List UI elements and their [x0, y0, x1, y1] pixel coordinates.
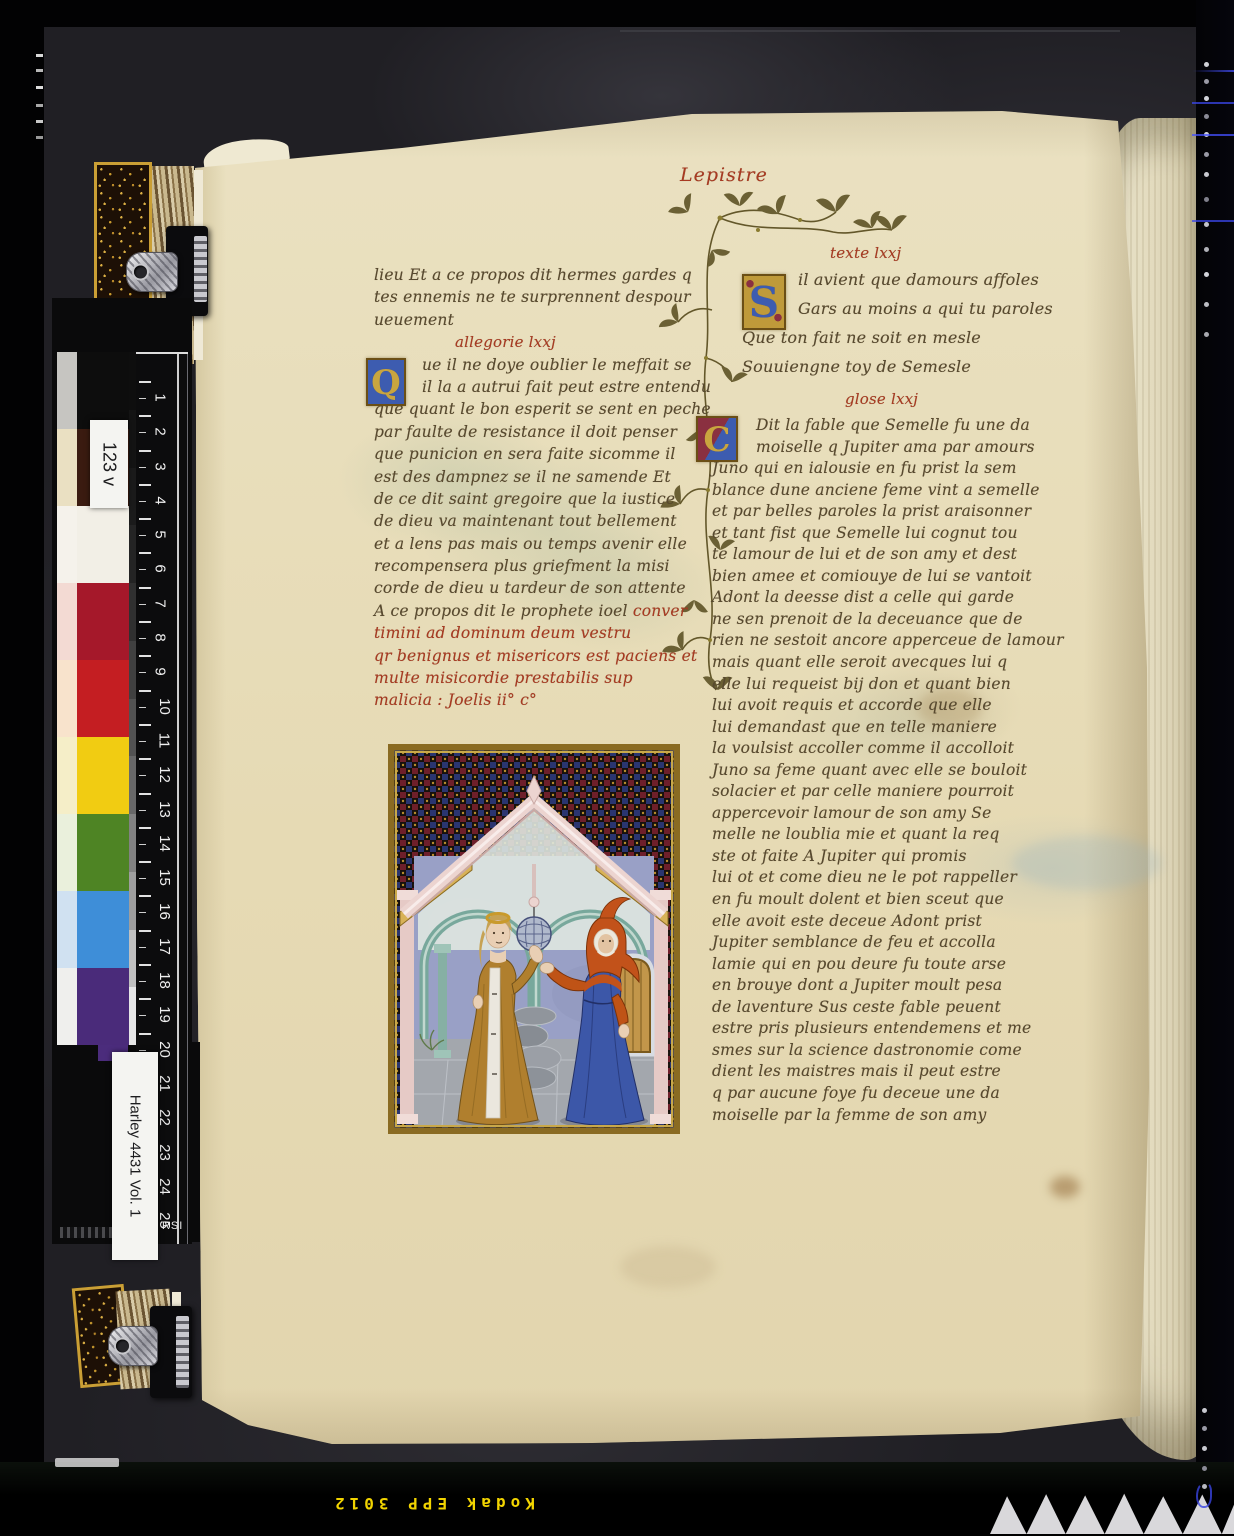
color-patch [77, 737, 129, 814]
text-line: de laventure Sus ceste fable peuent [712, 998, 1126, 1020]
text-line: par faulte de resistance il doit penser [374, 423, 710, 445]
color-patch [77, 506, 129, 583]
allegorie-lines: ue il ne doye oublier le meffait seil la… [374, 356, 710, 602]
text-line: et a lens pas mais ou temps avenir elle [374, 535, 710, 557]
text-line: moiselle q Jupiter ama par amours [712, 438, 1126, 460]
color-patch [57, 968, 77, 1045]
ruler-number: 8 [136, 622, 188, 656]
film-edge-dots-bottom-right [1202, 1408, 1207, 1413]
page-stain [1050, 1176, 1080, 1198]
miniature-painting [388, 744, 680, 1134]
text-line: estre pris plusieurs entendemens et me [712, 1019, 1126, 1041]
color-patch [57, 429, 77, 506]
color-patch [57, 814, 77, 891]
text-line: en fu moult dolent et bien sceut que [712, 890, 1126, 912]
ruler-number: 1 [136, 382, 188, 416]
text-line: bien amee et comiouye de lui se vantoit [712, 567, 1126, 589]
verse-line: Que ton fait ne soit en mesle [712, 328, 1126, 357]
ruler-number: 10 [136, 691, 188, 725]
texte-verse-section: S il avient que damours affolesGars au m… [712, 270, 1126, 386]
text-line: mais quant elle seroit avecques lui q [712, 653, 1126, 675]
ruler-number: 13 [136, 794, 188, 828]
clip-bar-top [194, 236, 207, 302]
page-stain [620, 1246, 716, 1288]
text-line: est des dampnez se il ne samende Et [374, 468, 710, 490]
film-edge-dots-top-right [1204, 62, 1209, 67]
latin-quote-line: malicia : Joelis ii° c° [374, 691, 710, 713]
page-header-rubric: Lepistre [680, 164, 768, 186]
ruler-number: 19 [136, 999, 188, 1033]
folio-number-label: 123 v [99, 442, 120, 486]
text-line: ueuement [374, 311, 710, 333]
text-line: lieu Et a ce propos dit hermes gardes q [374, 266, 710, 288]
ruler-number: 2 [136, 416, 188, 450]
text-line: elle avoit este deceue Adont prist [712, 912, 1126, 934]
text-line: recompensera plus griefment la misi [374, 557, 710, 579]
text-line: moiselle par la femme de son amy [712, 1106, 1126, 1128]
text-line: Jupiter semblance de feu et accolla [712, 933, 1126, 955]
text-line: que quant le bon esperit se sent en pech… [374, 400, 710, 422]
color-patch [57, 352, 77, 429]
text-line: elle lui requeist bij don et quant bien [712, 675, 1126, 697]
color-target-pastel-column [57, 352, 77, 1045]
ruler-number: 7 [136, 588, 188, 622]
text-line: ne sen prenoit de la deceuance que de [712, 610, 1126, 632]
text-line: smes sur la science dastronomie come [712, 1041, 1126, 1063]
metal-clip-bottom [108, 1326, 158, 1366]
ruler-number: 14 [136, 828, 188, 862]
text-line: appercevoir lamour de son amy Se [712, 804, 1126, 826]
text-line: de dieu va maintenant tout bellement [374, 512, 710, 534]
ruler-number: 11 [136, 725, 188, 759]
texte-rubric: texte lxxj [712, 244, 1126, 270]
latin-quote-lines: timini ad dominum deum vestruqr benignus… [374, 624, 710, 714]
latin-quote-line: qr benignus et misericors est paciens et [374, 647, 710, 669]
color-patch [77, 352, 129, 429]
film-edge-sliver [55, 1458, 119, 1467]
ruler-number: 5 [136, 519, 188, 553]
text-line: q par aucune foye fu deceue une da [712, 1084, 1126, 1106]
text-line: dient les maistres mais il peut estre [712, 1062, 1126, 1084]
text-line-mixed: A ce propos dit le prophete ioel conver [374, 602, 710, 624]
left-intro-lines: lieu Et a ce propos dit hermes gardes qt… [374, 266, 710, 333]
text-line: melle ne loublia mie et quant la req [712, 825, 1126, 847]
text-line: corde de dieu u tardeur de son attente [374, 579, 710, 601]
text-line: de ce dit saint gregoire que la iustice [374, 490, 710, 512]
text-line: Juno qui en ialousie en fu prist la sem [712, 459, 1126, 481]
text-line: et tant fist que Semelle lui cognut tou [712, 524, 1126, 546]
text-line: solacier et par celle maniere pourroit [712, 782, 1126, 804]
text-line: en brouye dont a Jupiter moult pesa [712, 976, 1126, 998]
latin-quote-line: multe misicordie prestabilis sup [374, 669, 710, 691]
color-patch [57, 737, 77, 814]
color-patch [57, 583, 77, 660]
film-border-right [1196, 0, 1234, 1536]
text-line: il la a autrui fait peut estre entendu [374, 378, 710, 400]
mixed-line-black: A ce propos dit le prophete ioel [374, 602, 628, 620]
left-text-column: lieu Et a ce propos dit hermes gardes qt… [374, 266, 710, 714]
film-edge-line [620, 30, 1120, 32]
ruler-number: 6 [136, 553, 188, 587]
film-border-left [0, 0, 44, 1536]
ruler-number: 18 [136, 965, 188, 999]
text-line: lui avoit requis et accorde que elle [712, 696, 1126, 718]
text-line: lui ot et come dieu ne le pot rappeller [712, 868, 1126, 890]
folio-number-sticker: 123 v [90, 420, 128, 508]
text-line: Juno sa feme quant avec elle se bouloit [712, 761, 1126, 783]
metal-clip-top [126, 252, 178, 292]
text-line: tes ennemis ne te surprennent despour [374, 288, 710, 310]
text-line: te lamour de lui et de son amy et dest [712, 545, 1126, 567]
photograph-stage: 1234567891011121314151617181920212223242… [0, 0, 1234, 1536]
illuminated-initial-q: Q [366, 358, 406, 406]
color-patch [57, 891, 77, 968]
text-line: la voulsist accoller comme il accolloit [712, 739, 1126, 761]
mixed-line-red: conver [633, 602, 688, 620]
text-line: Adont la deesse dist a celle qui garde [712, 588, 1126, 610]
glose-rubric: glose lxxj [712, 390, 1126, 416]
text-line: ste ot faite A Jupiter qui promis [712, 847, 1126, 869]
text-line: rien ne sestoit ancore apperceue de lamo… [712, 631, 1126, 653]
glose-section: C Dit la fable que Semelle fu une damois… [712, 416, 1126, 1127]
ruler-number: 3 [136, 451, 188, 485]
glose-lines: Dit la fable que Semelle fu une damoisel… [712, 416, 1126, 1127]
film-edge-blue-marks [1192, 70, 1234, 72]
illuminated-initial-s: S [742, 274, 786, 330]
ruler-number: 17 [136, 931, 188, 965]
film-brand-text: Kodak EPP 3012 [330, 1494, 535, 1513]
text-line: ue il ne doye oublier le meffait se [374, 356, 710, 378]
shelfmark-label: Harley 4431 Vol. 1 [127, 1095, 144, 1218]
allegorie-section: Q ue il ne doye oublier le meffait seil … [374, 356, 710, 714]
ruler-number: 15 [136, 862, 188, 896]
color-patch [77, 814, 129, 891]
latin-quote-line: timini ad dominum deum vestru [374, 624, 710, 646]
ruler-number: 4 [136, 485, 188, 519]
verse-line: Souuiengne toy de Semesle [712, 357, 1126, 386]
text-line: et par belles paroles la prist araisonne… [712, 502, 1126, 524]
illuminated-initial-c: C [696, 416, 738, 462]
color-patch [57, 506, 77, 583]
right-text-column: texte lxxj S il avient que damours affol… [712, 244, 1126, 1127]
color-patch [77, 583, 129, 660]
film-edge-marks-top-left [36, 54, 43, 57]
color-patch [57, 660, 77, 737]
text-line: blance dune anciene feme vint a semelle [712, 481, 1126, 503]
text-line: Dit la fable que Semelle fu une da [712, 416, 1126, 438]
allegorie-rubric: allegorie lxxj [374, 333, 710, 355]
film-border-top [0, 0, 1234, 27]
color-patch [77, 891, 129, 968]
ruler-number: 12 [136, 759, 188, 793]
color-patch [77, 968, 129, 1045]
ruler-number: 9 [136, 656, 188, 690]
film-edge-scribble [1196, 1482, 1212, 1508]
text-line: lamie qui en pou deure fu toute arse [712, 955, 1126, 977]
color-patch [77, 660, 129, 737]
text-line: que punicion en sera faite sicomme il [374, 445, 710, 467]
shelfmark-sticker: Harley 4431 Vol. 1 [112, 1052, 158, 1260]
ruler-number: 16 [136, 896, 188, 930]
text-line: lui demandast que en telle maniere [712, 718, 1126, 740]
clip-bar-bottom [176, 1316, 189, 1388]
